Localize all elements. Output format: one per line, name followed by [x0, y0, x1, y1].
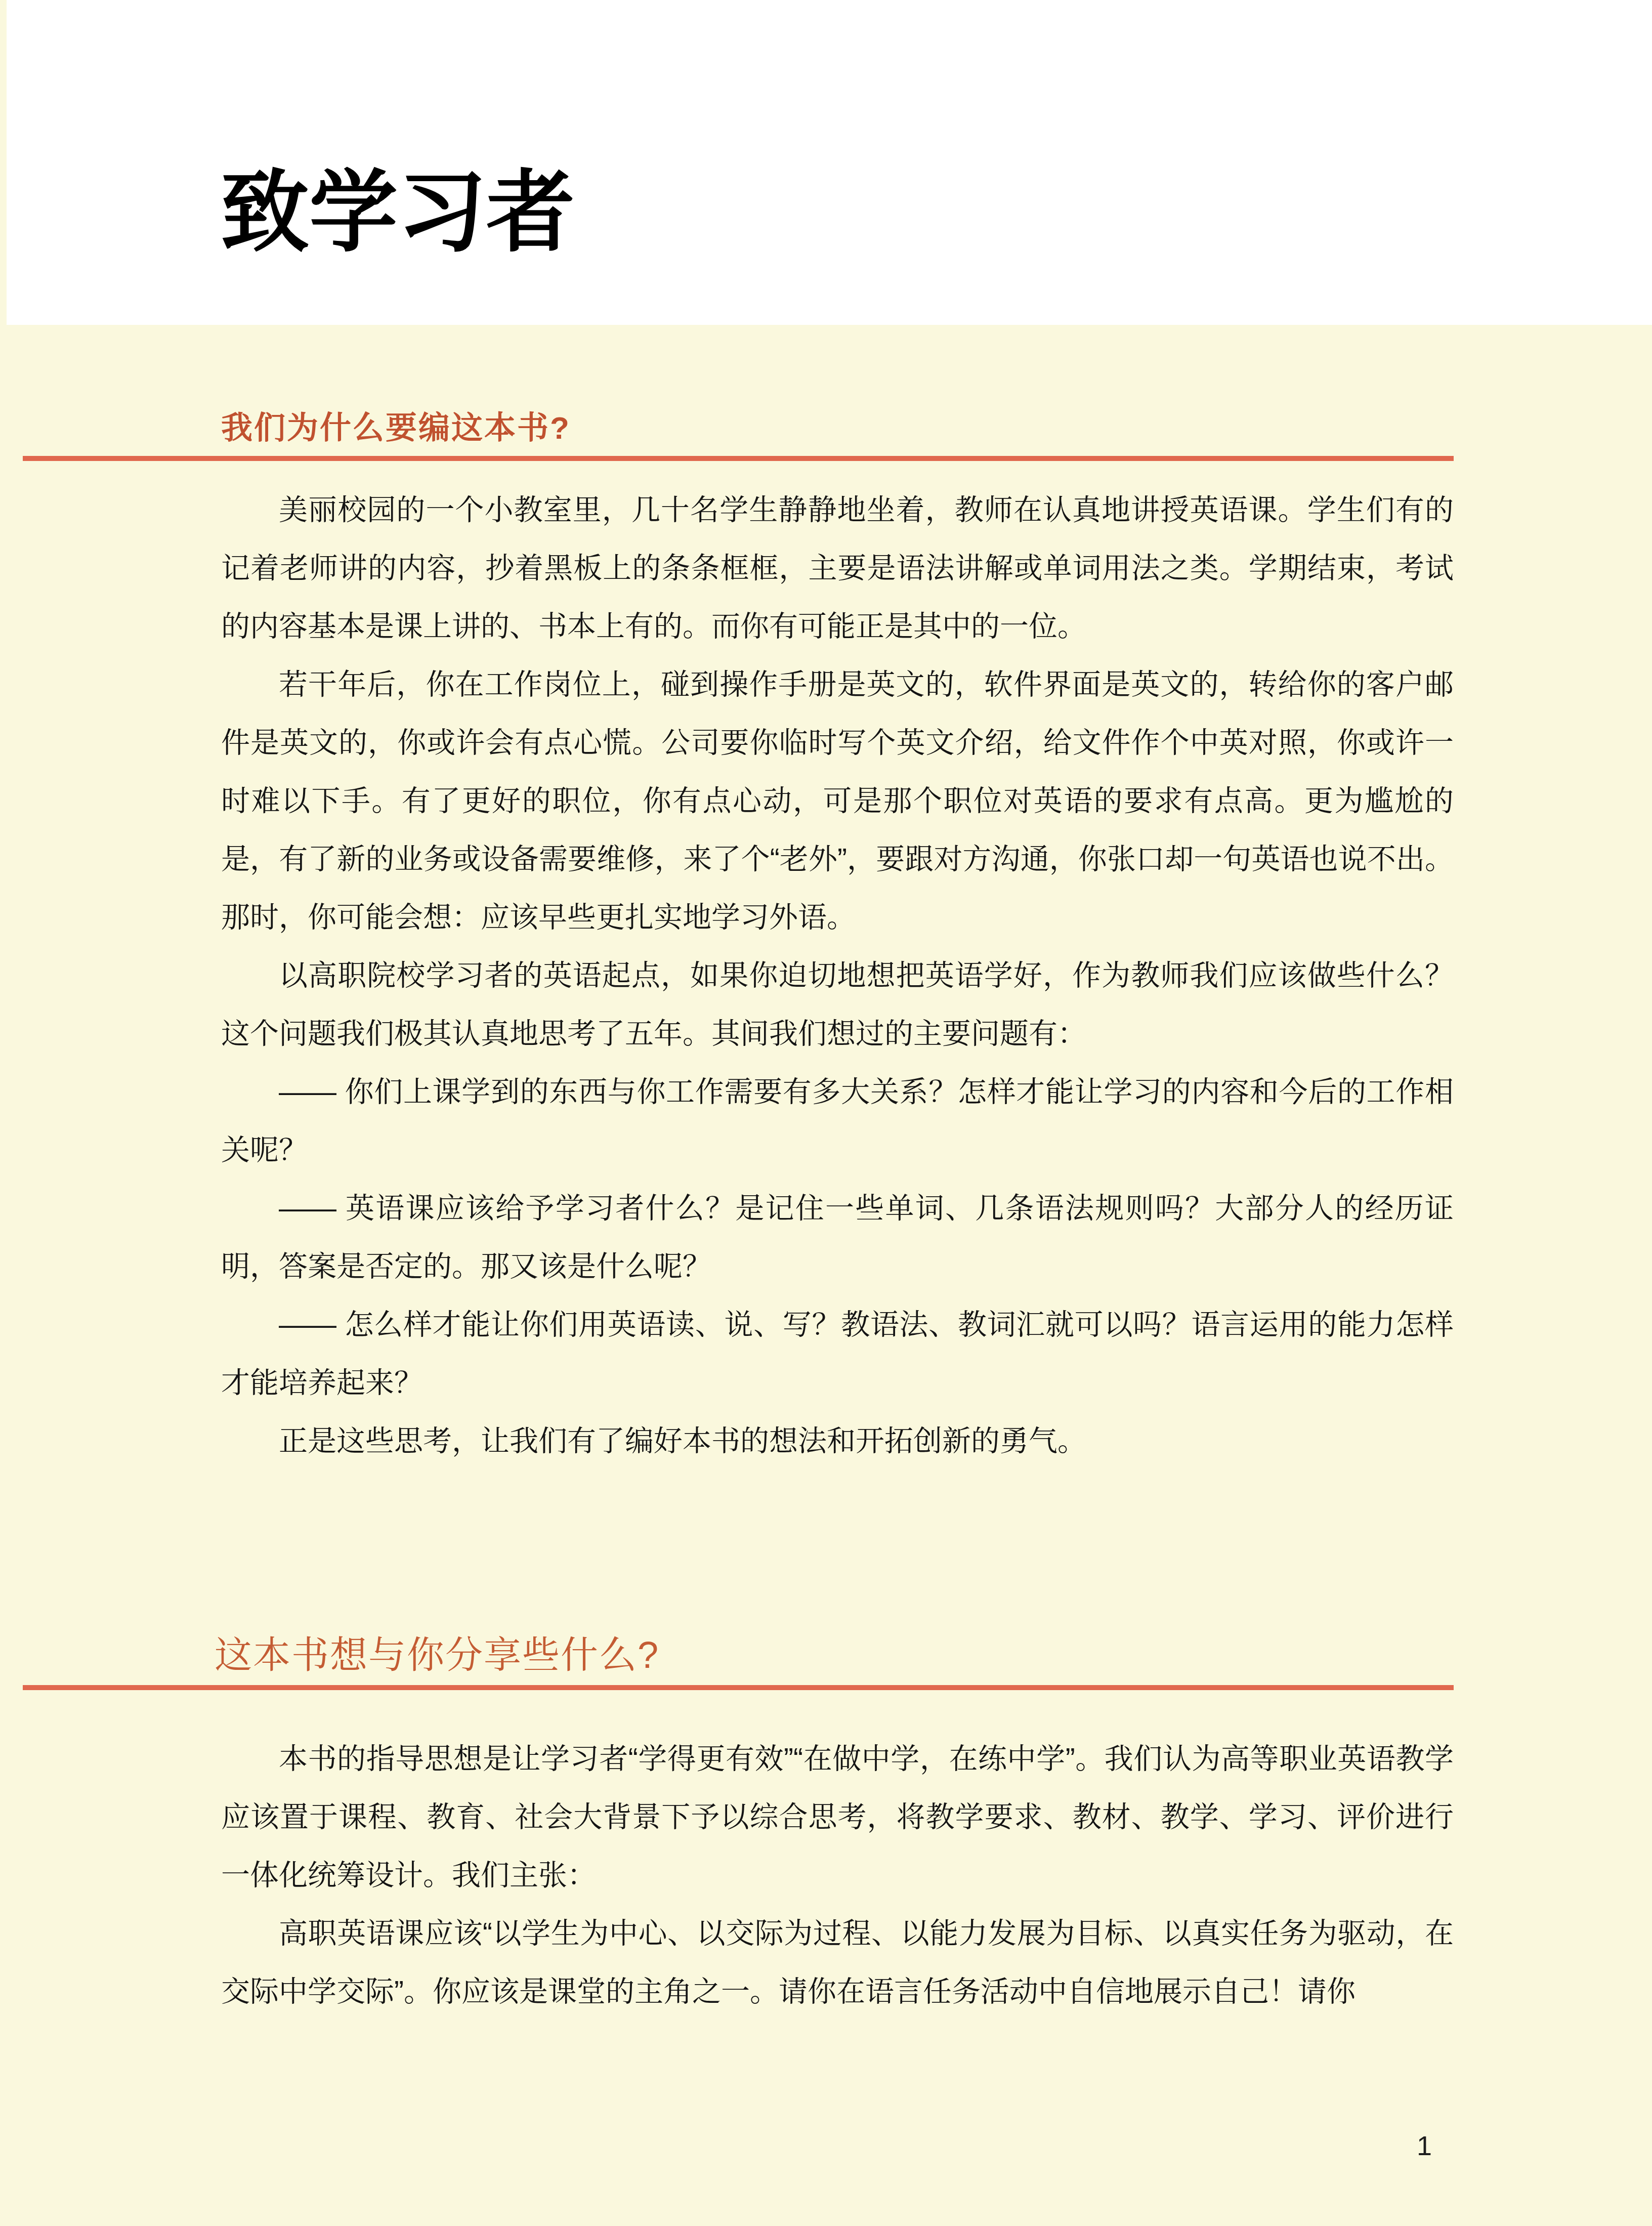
- section-divider: [23, 456, 1454, 461]
- body-paragraph: 以高职院校学习者的英语起点，如果你迫切地想把英语学好，作为教师我们应该做些什么？…: [221, 947, 1454, 1063]
- body-paragraph-dash-item: —— 英语课应该给予学习者什么？是记住一些单词、几条语法规则吗？大部分人的经历证…: [221, 1180, 1454, 1296]
- section-heading-what-to-share: 这本书想与你分享些什么?: [215, 1625, 659, 1679]
- body-paragraph: 本书的指导思想是让学习者“学得更有效”“在做中学，在练中学”。我们认为高等职业英…: [221, 1730, 1454, 1905]
- body-paragraph: 美丽校园的一个小教室里，几十名学生静静地坐着，教师在认真地讲授英语课。学生们有的…: [221, 481, 1454, 656]
- section-divider: [23, 1685, 1454, 1690]
- page-title: 致学习者: [221, 165, 575, 261]
- page-number: 1: [1417, 2130, 1432, 2162]
- title-band: [7, 0, 1652, 325]
- section-heading-why-this-book: 我们为什么要编这本书?: [221, 403, 571, 448]
- body-paragraph: 正是这些思考，让我们有了编好本书的想法和开拓创新的勇气。: [221, 1412, 1454, 1471]
- body-paragraph-dash-item: —— 怎么样才能让你们用英语读、说、写？教语法、教词汇就可以吗？语言运用的能力怎…: [221, 1296, 1454, 1412]
- section-body-why-this-book: 美丽校园的一个小教室里，几十名学生静静地坐着，教师在认真地讲授英语课。学生们有的…: [221, 481, 1454, 1471]
- body-paragraph: 若干年后，你在工作岗位上，碰到操作手册是英文的，软件界面是英文的，转给你的客户邮…: [221, 656, 1454, 947]
- book-page: 致学习者 我们为什么要编这本书? 美丽校园的一个小教室里，几十名学生静静地坐着，…: [0, 0, 1652, 2226]
- body-paragraph-dash-item: —— 你们上课学到的东西与你工作需要有多大关系？怎样才能让学习的内容和今后的工作…: [221, 1063, 1454, 1180]
- section-body-what-to-share: 本书的指导思想是让学习者“学得更有效”“在做中学，在练中学”。我们认为高等职业英…: [221, 1730, 1454, 2021]
- body-paragraph: 高职英语课应该“以学生为中心、以交际为过程、以能力发展为目标、以真实任务为驱动，…: [221, 1905, 1454, 2021]
